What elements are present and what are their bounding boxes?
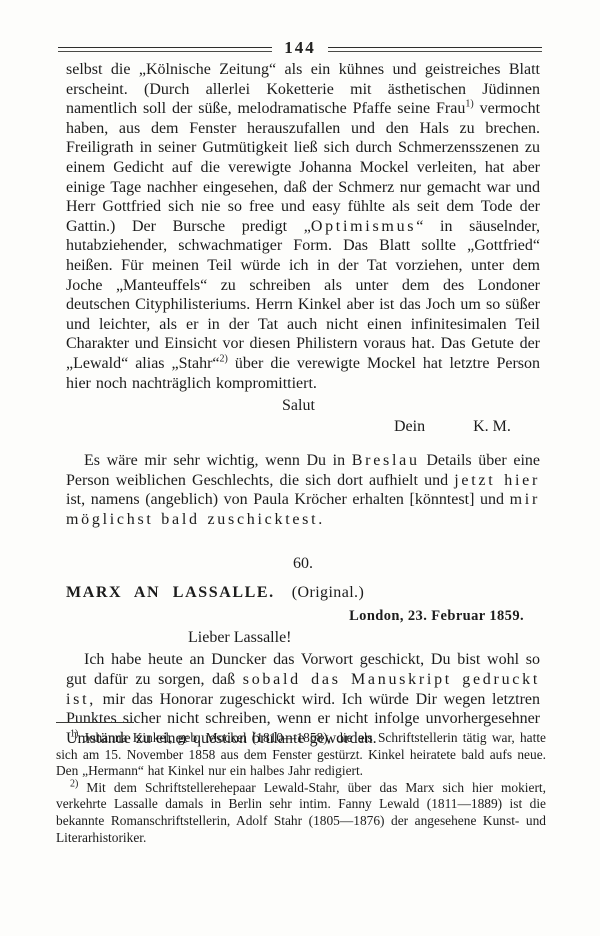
text-segment: “ in säuselnder, hutabziehender, schwach… <box>66 218 540 372</box>
text-segment: Johanna Kinkel, geb. Mockel (1810—1858),… <box>56 730 546 778</box>
letter-60-original-note: (Original.) <box>292 584 364 601</box>
text-segment: vermocht haben, aus dem Fenster herauszu… <box>66 100 540 235</box>
page-header: 144 <box>58 41 542 58</box>
letter-60-dateline: London, 23. Februar 1859. <box>66 608 540 625</box>
closing-initials: K. M. <box>473 417 511 436</box>
text-segment: Es wäre mir sehr wichtig, wenn Du in <box>84 452 352 469</box>
closing-dein: Dein <box>394 417 425 436</box>
text-segment: Mit dem Schriftstellerehepaar Lewald-Sta… <box>56 780 546 845</box>
page-number: 144 <box>284 39 316 56</box>
letter-number-heading: 60. <box>66 555 540 573</box>
letter-59-closing: Salut Dein K. M. <box>66 396 540 436</box>
footnote-ref-1: 1) <box>465 99 473 110</box>
letter-59-paragraph: selbst die „Kölnische Zeitung“ als ein k… <box>66 60 540 393</box>
footnote-separator <box>56 722 134 723</box>
book-page: 144 selbst die „Kölnische Zeitung“ als e… <box>0 0 600 936</box>
closing-salut: Salut <box>282 396 540 415</box>
page-body: selbst die „Kölnische Zeitung“ als ein k… <box>66 60 540 748</box>
letter-60-heading: MARX AN LASSALLE. (Original.) <box>66 584 540 602</box>
footnote-1: 1) Johanna Kinkel, geb. Mockel (1810—185… <box>56 730 546 780</box>
header-rule-left <box>58 47 272 52</box>
footnote-2: 2) Mit dem Schriftstellerehepaar Lewald-… <box>56 780 546 846</box>
emphasis-spaced: jetzt hier <box>454 472 540 489</box>
letter-59-postscript: Es wäre mir sehr wichtig, wenn Du in Bre… <box>66 451 540 529</box>
footnote-ref-2: 2) <box>220 354 228 365</box>
text-segment: ist, namens (angeblich) von Paula Kröche… <box>66 491 510 508</box>
emphasis-spaced: Breslau <box>352 452 420 469</box>
closing-signature-row: Dein K. M. <box>66 417 540 436</box>
letter-60-title: MARX AN LASSALLE. <box>66 584 275 601</box>
emphasis-spaced: Optimismus <box>311 218 416 235</box>
header-rule-right <box>328 47 542 52</box>
footnotes-section: 1) Johanna Kinkel, geb. Mockel (1810—185… <box>56 722 546 846</box>
letter-60-salutation: Lieber Lassalle! <box>188 629 540 647</box>
